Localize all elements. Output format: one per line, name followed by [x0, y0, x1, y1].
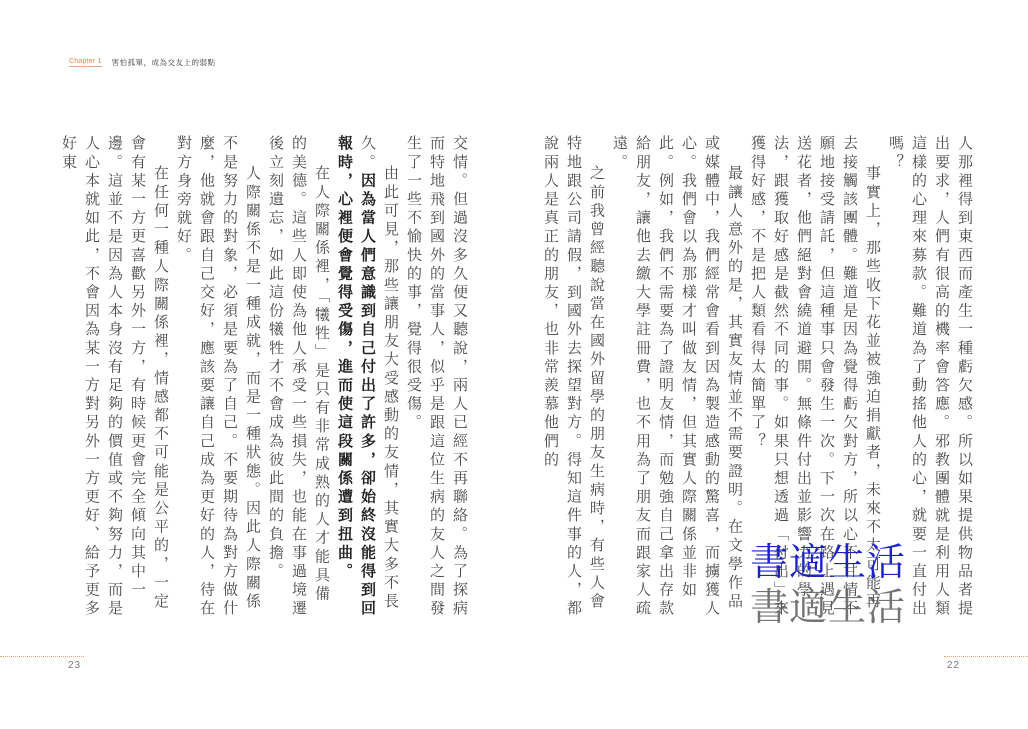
right-page-body: 人那裡得到東西而產生一種虧欠感。所以如果提供物品者提出要求，人們有很高的機率會答…	[539, 135, 976, 620]
running-head: Chapter 1 害怕孤單，成為交友上的弱點	[69, 55, 216, 69]
paragraph: 交情。但過沒多久便又聽說，兩人已經不再聯絡。為了探病而特地飛到國外的當事人，似乎…	[402, 135, 471, 620]
paragraph: 事實上，那些收下花並被強迫捐獻者，未來不太可能再去接觸該團體。難道是因為覺得虧欠…	[746, 135, 884, 620]
book-spread: Chapter 1 害怕孤單，成為交友上的弱點 交情。但過沒多久便又聽說，兩人已…	[0, 0, 1028, 729]
right-page: 人那裡得到東西而產生一種虧欠感。所以如果提供物品者提出要求，人們有很高的機率會答…	[514, 0, 1028, 729]
chapter-title: 害怕孤單，成為交友上的弱點	[112, 57, 216, 68]
footer-rule	[0, 656, 84, 657]
paragraph: 在任何一種人際關係裡，情感都不可能是公平的，一定會有某一方更喜歡另外一方，有時候…	[57, 135, 172, 620]
page-number: 22	[947, 660, 960, 671]
left-page: Chapter 1 害怕孤單，成為交友上的弱點 交情。但過沒多久便又聽說，兩人已…	[0, 0, 514, 729]
left-page-body: 交情。但過沒多久便又聽說，兩人已經不再聯絡。為了探病而特地飛到國外的當事人，似乎…	[57, 135, 471, 620]
paragraph: 最讓人意外的是，其實友情並不需要證明。在文學作品或媒體中，我們經常會看到因為製造…	[608, 135, 746, 620]
emphasized-text: 因為當人們意識到自己付出了許多，卻始終沒能得到回報時，心裡便會覺得受傷，進而使這…	[336, 135, 377, 619]
paragraph: 由此可見，那些讓朋友大受感動的友情，其實大多不長久。因為當人們意識到自己付出了許…	[333, 135, 402, 620]
paragraph: 在人際關係裡，「犧牲」是只有非常成熟的人才能具備的美德。這些人即使為他人承受一些…	[264, 135, 333, 620]
paragraph: 人那裡得到東西而產生一種虧欠感。所以如果提供物品者提出要求，人們有很高的機率會答…	[884, 135, 976, 620]
paragraph: 人際關係不是一種成就，而是一種狀態。因此人際關係不是努力的對象，必須是要為了自己…	[172, 135, 264, 620]
paragraph: 之前我曾經聽說當在國外留學的朋友生病時，有些人會特地跟公司請假，到國外去探望對方…	[539, 135, 608, 620]
page-number: 23	[68, 660, 81, 671]
footer-rule	[944, 656, 1028, 657]
chapter-tag: Chapter 1	[69, 58, 102, 67]
